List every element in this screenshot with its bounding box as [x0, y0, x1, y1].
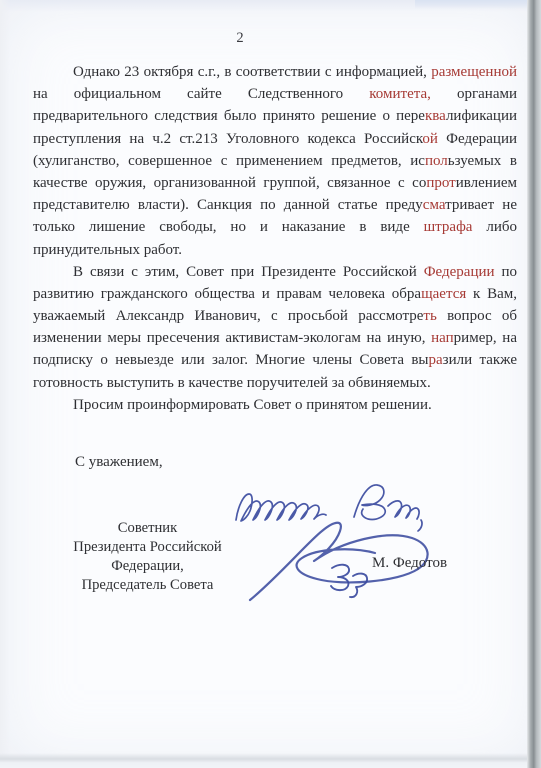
text-segment: (хулиганство, совершенное с применением … [33, 153, 425, 169]
text-line: на официальном сайте Следственного комит… [33, 83, 517, 105]
text-line: В связи с этим, Совет при Президенте Рос… [33, 261, 517, 283]
red-text-segment: нап [431, 330, 454, 346]
red-text-segment: щается [421, 286, 466, 302]
red-text-segment: ой [422, 131, 438, 147]
text-line: подписку о невыезде или залог. Многие чл… [33, 349, 517, 371]
text-line: Однако 23 октября с.г., в соответствии с… [33, 61, 517, 83]
text-segment: по [495, 264, 517, 280]
red-text-segment: ква [425, 108, 446, 124]
text-line: (хулиганство, совершенное с применением … [33, 150, 517, 172]
signature-inner-curl-2 [350, 574, 367, 598]
scan-left-edge [0, 0, 10, 768]
signatory-title-line-1: Советник [40, 519, 255, 538]
scanned-letter-page: 2 Однако 23 октября с.г., в соответствии… [0, 0, 541, 768]
handwritten-signature [222, 473, 457, 608]
text-line: представителю власти). Санкция по данной… [33, 194, 517, 216]
text-segment: преступления на ч.2 ст.213 Уголовного ко… [33, 131, 422, 147]
text-segment: ример, на [454, 330, 517, 346]
text-segment: ьзуемых в [448, 153, 517, 169]
text-line: принудительных работ. [33, 239, 517, 261]
text-segment: органами [431, 86, 517, 102]
text-line: качестве оружия, организованной группой,… [33, 172, 517, 194]
text-segment: готовность выступить в качестве поручите… [33, 375, 431, 391]
text-line: только лишение свободы, но и наказание в… [33, 216, 517, 238]
text-segment: Федерации [438, 131, 517, 147]
text-segment: В связи с этим, Совет при Президенте Рос… [73, 264, 424, 280]
red-text-segment: прот [426, 175, 455, 191]
text-line: готовность выступить в качестве поручите… [33, 372, 517, 394]
text-segment: качестве оружия, организованной группой,… [33, 175, 426, 191]
letter-body: Однако 23 октября с.г., в соответствии с… [33, 61, 517, 416]
text-line: предварительного следствия было принято … [33, 105, 517, 127]
text-segment: Однако 23 октября с.г., в соответствии с… [73, 64, 431, 80]
scan-right-edge [527, 0, 541, 768]
text-segment: на официальном сайте Следственного [33, 86, 369, 102]
text-line: Просим проинформировать Совет о принятом… [33, 394, 517, 416]
text-line: развитию гражданского общества и правам … [33, 283, 517, 305]
signature-inner-curl-1 [331, 565, 349, 590]
text-segment: только лишение свободы, но и наказание в… [33, 219, 424, 235]
red-text-segment: сма [423, 197, 445, 213]
scan-corner-tint [415, 0, 535, 9]
text-segment: зили также [443, 352, 517, 368]
red-text-segment: Федерации [424, 264, 495, 280]
text-segment: подписку о невыезде или залог. Многие чл… [33, 352, 429, 368]
text-segment: представителю власти). Санкция по данной… [33, 197, 423, 213]
signatory-title-line-3: Председатель Совета [40, 576, 255, 595]
text-segment: ивлением [456, 175, 517, 191]
text-line: преступления на ч.2 ст.213 Уголовного ко… [33, 128, 517, 150]
red-text-segment: ть [423, 308, 436, 324]
text-segment: вопрос об [437, 308, 517, 324]
handwriting-comma [418, 520, 422, 531]
text-segment: к Вам, [466, 286, 517, 302]
handwriting-word-1 [236, 494, 326, 521]
text-segment: лификации [446, 108, 517, 124]
text-segment: либо [472, 219, 517, 235]
red-text-segment: комитета, [369, 86, 431, 102]
text-segment: развитию гражданского общества и правам … [33, 286, 421, 302]
signatory-name: М. Федотов [372, 554, 447, 573]
red-text-segment: штрафа [424, 219, 473, 235]
signatory-title-line-2: Президента Российской Федерации, [40, 538, 255, 576]
text-segment: уважаемый Александр Иванович, с просьбой… [33, 308, 423, 324]
closing-salutation: С уважением, [75, 451, 163, 473]
handwriting-word-2 [354, 485, 385, 520]
red-text-segment: размещенной [431, 64, 517, 80]
page-number: 2 [0, 28, 480, 48]
signatory-title-block: Советник Президента Российской Федерации… [40, 519, 255, 595]
red-text-segment: пол [425, 153, 448, 169]
text-segment: тривает не [445, 197, 517, 213]
scan-bottom-edge [0, 753, 527, 768]
text-segment: Просим проинформировать Совет о принятом… [73, 397, 432, 413]
text-segment: принудительных работ. [33, 242, 182, 258]
text-segment: предварительного следствия было принято … [33, 108, 425, 124]
text-segment: изменении меры пресечения активистам-эко… [33, 330, 431, 346]
red-text-segment: ра [429, 352, 443, 368]
handwriting-word-2b [388, 501, 419, 519]
text-line: изменении меры пресечения активистам-эко… [33, 327, 517, 349]
text-line: уважаемый Александр Иванович, с просьбой… [33, 305, 517, 327]
